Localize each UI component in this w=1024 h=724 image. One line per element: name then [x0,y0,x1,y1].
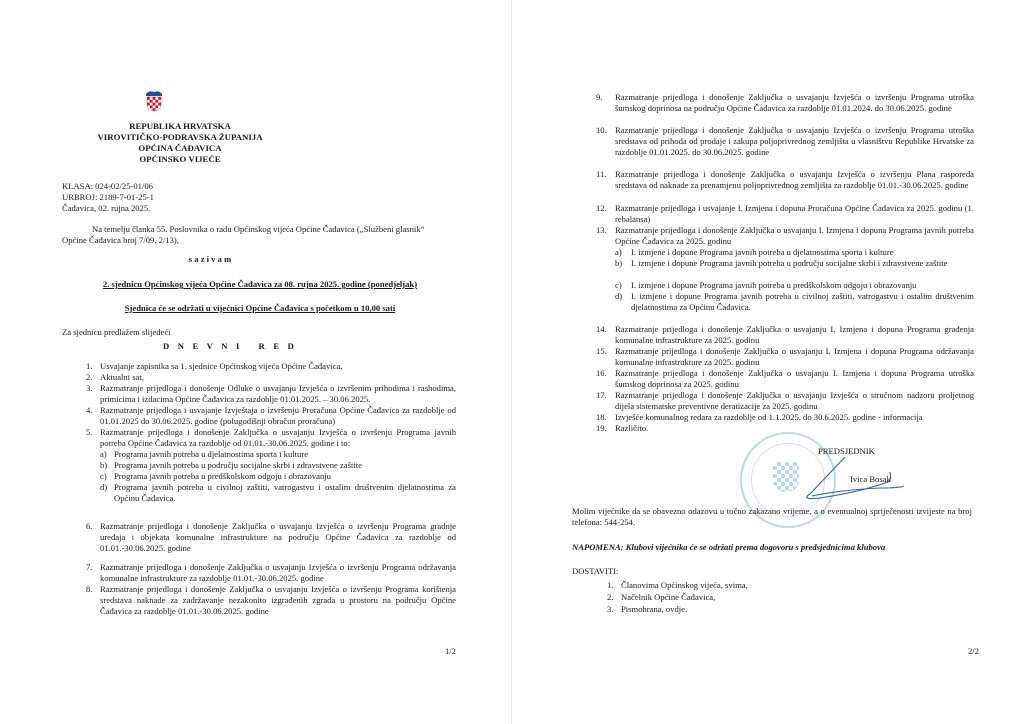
agenda-item-text: Razmatranje prijedloga i usvajanje Izvje… [100,405,456,427]
proposal-text: Za sjednicu predlažem slijedeći [62,327,171,338]
agenda-item-text: Razmatranje prijedloga i donošenje Zaklj… [615,390,974,412]
agenda-item-text: Razmatranje prijedloga i donošenje Zaklj… [615,346,974,368]
letterhead-country: REPUBLIKA HRVATSKA [60,121,300,132]
agenda-item-text: Razmatranje prijedloga i donošenje Zaklj… [615,368,974,390]
agenda-item-number: 15. [596,346,607,357]
agenda-item-number: 1. [86,361,92,372]
agenda-subitem-text: Programa javnih potreba u djelatnostima … [114,449,456,460]
deliver-item-text: Članovima Općinskog vijeća, svima, [621,580,857,591]
agenda-subitem-number: c) [615,280,622,291]
intro-line-1: Na temelju članka 55. Poslovnika o radu … [92,224,424,235]
agenda-subitem-text: I. izmjene i dopune Programa javnih potr… [631,291,974,313]
agenda-item-text: Razmatranje prijedloga i donošenje Zaklj… [615,169,974,191]
letterhead-municipality: OPĆINA ČAĐAVICA [60,143,300,154]
agenda-item-number: 13. [596,225,607,236]
agenda-item-number: 18. [596,412,607,423]
deliver-item-number: 1. [607,580,613,591]
document-page-1: REPUBLIKA HRVATSKA VIROVITIČKO-PODRAVSKA… [0,0,512,724]
stamp-coat-of-arms-icon [773,462,799,492]
agenda-item-number: 14. [596,324,607,335]
agenda-item-number: 7. [86,562,92,573]
agenda-subitem-number: c) [100,471,107,482]
agenda-item-number: 10. [596,125,607,136]
agenda-subitem-text: I. izmjene i dopune Programa javnih potr… [631,258,974,269]
agenda-subitem-number: b) [615,258,622,269]
agenda-item-text: Razmatranje prijedloga i donošenje Zaklj… [100,584,456,617]
deliver-item-text: Načelnik Općine Čađavica, [621,592,857,603]
agenda-subitem-text: Programa javnih potreba u predškolskom o… [114,471,456,482]
agenda-subitem-number: d) [615,291,622,302]
agenda-item-number: 12. [596,203,607,214]
intro-line-2: Općine Čađavica broj 7/09, 2/13), [62,235,179,246]
deliver-item-number: 2. [607,592,613,603]
urbroj: URBROJ: 2189-7-01-25-1 [62,192,154,203]
agenda-subitem-text: Programa javnih potreba u civilnoj zašti… [114,482,456,504]
agenda-subitem-text: I. izmjene i dopune Programa javnih potr… [631,247,974,258]
page-number: 2/2 [968,646,979,656]
agenda-subitem-number: b) [100,460,107,471]
document-page-2: 9.Razmatranje prijedloga i donošenje Zak… [513,0,1024,724]
agenda-item-number: 11. [596,169,606,180]
agenda-item-text: Razmatranje prijedloga i donošenje Odluk… [100,383,456,405]
agenda-subitem-text: Programa javnih potreba u području socij… [114,460,456,471]
deliver-item-text: Pismohrana, ovdje. [621,604,857,615]
agenda-item-number: 17. [596,390,607,401]
agenda-item-text: Razmatranje prijedloga i donošenje Zaklj… [100,562,456,584]
attendance-request: Molim vijećnike da se obavezno odazovu u… [572,506,972,528]
agenda-item-number: 4. [86,405,92,416]
agenda-item-text: Razmatranje prijedloga i donošenje Zaklj… [615,92,974,114]
agenda-subitem-number: a) [615,247,622,258]
signature-title: PREDSJEDNIK [818,446,875,457]
session-title: 2. sjednicu Općinskog vijeća Općine Čađa… [60,279,460,290]
deliver-item-number: 3. [607,604,613,615]
letterhead-council: OPĆINSKO VIJEĆE [60,154,300,165]
agenda-item-text: Razmatranje prijedloga i donošenje Zaklj… [615,225,974,247]
klasa: KLASA: 024-02/25-01/06 [62,181,153,192]
agenda-item-number: 9. [596,92,602,103]
agenda-subitem-number: a) [100,449,107,460]
agenda-item-text: Razmatranje prijedloga i donošenje Zaklj… [615,324,974,346]
agenda-item-text: Razmatranje prijedloga i donošenje Zaklj… [100,427,456,449]
agenda-item-number: 2. [86,372,92,383]
agenda-title: D N E V N I R E D [160,341,300,352]
agenda-subitem-number: d) [100,482,107,493]
page-divider [511,0,512,724]
agenda-item-text: Aktualni sat, [100,372,456,383]
agenda-item-text: Razmatranje prijedloga i donošenje Zaklj… [100,521,456,554]
agenda-item-text: Izvješće komunalnog redara za razdoblje … [615,412,974,423]
croatian-coat-of-arms-icon [144,90,164,112]
agenda-item-number: 16. [596,368,607,379]
agenda-item-number: 6. [86,521,92,532]
agenda-item-number: 5. [86,427,92,438]
session-place: Sjednica će se održati u vijećnici Općin… [60,303,460,314]
letterhead-county: VIROVITIČKO-PODRAVSKA ŽUPANIJA [60,132,300,143]
letterhead: REPUBLIKA HRVATSKA VIROVITIČKO-PODRAVSKA… [60,121,300,165]
agenda-item-text: Usvajanje zapisnika sa 1. sjednice Općin… [100,361,456,372]
agenda-item-number: 3. [86,383,92,394]
signature-name: Ivica Bosak [850,474,891,485]
agenda-subitem-text: I. izmjene i dopune Programa javnih potr… [631,280,974,291]
sazivam: s a z i v a m [150,254,270,265]
deliver-title: DOSTAVITI: [572,566,618,577]
page-number: 1/2 [445,646,456,656]
note: NAPOMENA: Klubovi vijećnika će se održat… [572,542,885,553]
agenda-item-number: 19. [596,423,607,434]
agenda-item-number: 8. [86,584,92,595]
place-date: Čađavica, 02. rujna 2025. [62,203,150,214]
agenda-item-text: Razmatranje prijedloga i donošenje Zaklj… [615,125,974,158]
agenda-item-text: Razmatranje prijedloga i usvajanje I. Iz… [615,203,974,225]
